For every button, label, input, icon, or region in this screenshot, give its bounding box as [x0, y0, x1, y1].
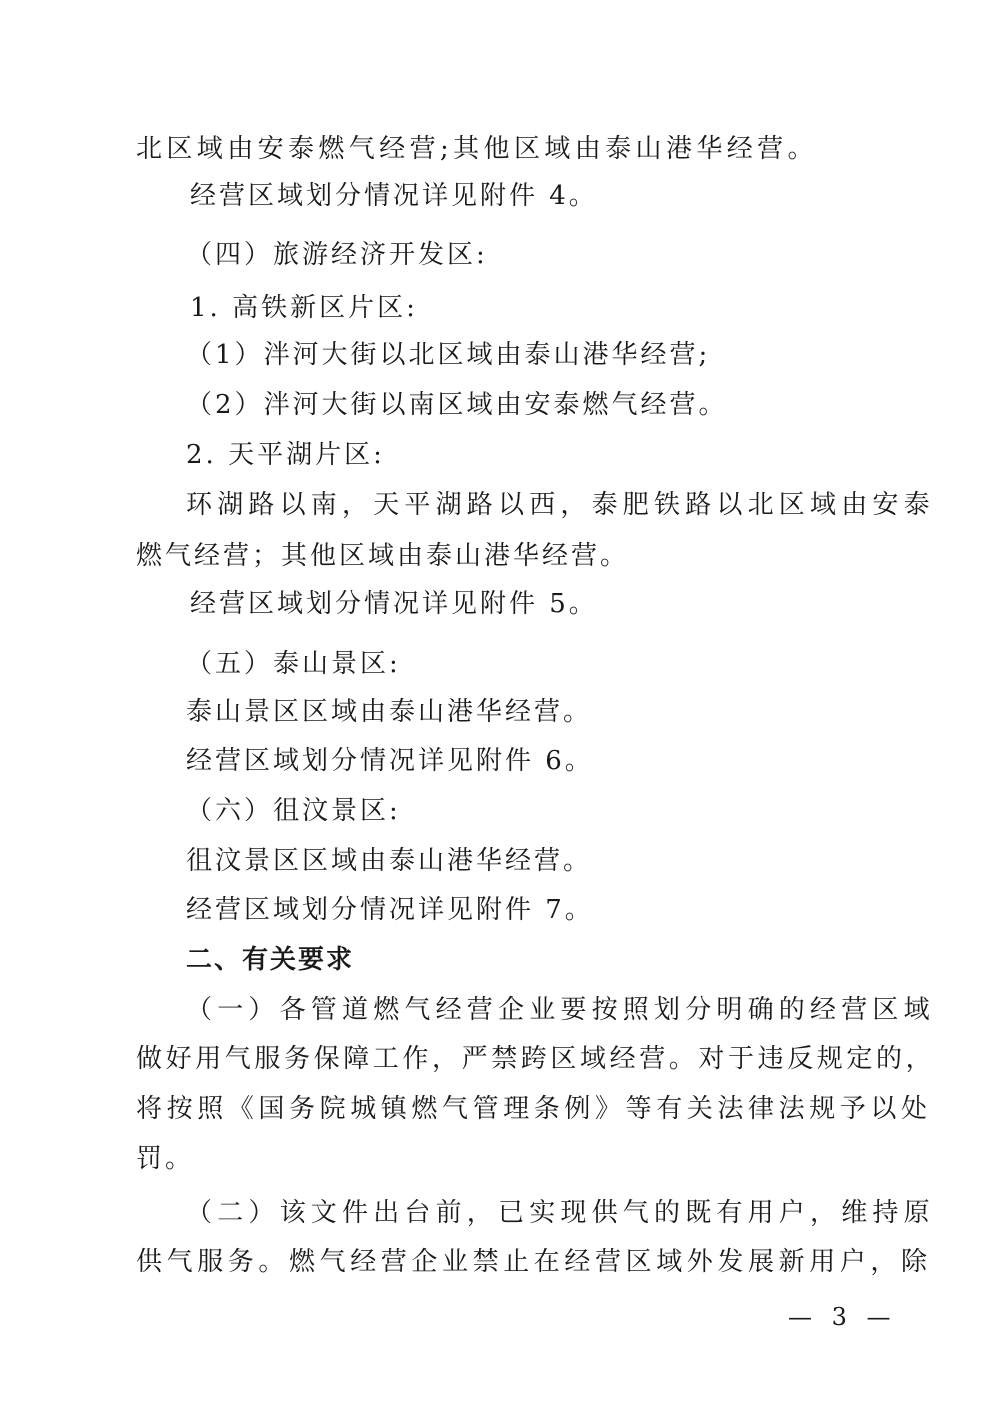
document-page: 北区域由安泰燃气经营;其他区域由泰山港华经营。 经营区域划分情况详见附件 4。 …: [0, 0, 1000, 1414]
paragraph-line: 经营区域划分情况详见附件 7。: [186, 895, 594, 925]
list-item: （1）泮河大街以北区域由泰山港华经营;: [186, 340, 710, 370]
paragraph-line: 做好用气服务保障工作，严禁跨区域经营。对于违反规定的，: [136, 1044, 935, 1074]
paragraph-line: 将按照《国务院城镇燃气管理条例》等有关法律法规予以处: [136, 1094, 932, 1124]
list-item: （2）泮河大街以南区域由安泰燃气经营。: [186, 390, 728, 420]
paragraph-line: 泰山景区区域由泰山港华经营。: [186, 697, 592, 727]
paragraph-line: 罚。: [136, 1144, 194, 1174]
paragraph-line: 经营区域划分情况详见附件 4。: [190, 181, 598, 211]
paragraph-line: 供气服务。燃气经营企业禁止在经营区域外发展新用户，除: [136, 1247, 932, 1277]
paragraph-line: （一）各管道燃气经营企业要按照划分明确的经营区域: [186, 995, 935, 1025]
subsection-heading-cuwen-scenic: （六）徂汶景区:: [186, 796, 401, 826]
item-heading-highspeed-rail: 1. 高铁新区片区:: [190, 293, 418, 323]
subsection-heading-tourism-zone: （四）旅游经济开发区:: [186, 240, 488, 270]
item-heading-tianping-lake: 2. 天平湖片区:: [186, 440, 385, 470]
paragraph-line: 环湖路以南，天平湖路以西，泰肥铁路以北区域由安泰: [186, 490, 935, 520]
paragraph-line: 徂汶景区区域由泰山港华经营。: [186, 846, 592, 876]
paragraph-line: 经营区域划分情况详见附件 6。: [186, 746, 594, 776]
paragraph-line: 北区域由安泰燃气经营;其他区域由泰山港华经营。: [136, 134, 818, 164]
section-heading-requirements: 二、有关要求: [186, 945, 354, 975]
paragraph-line: 经营区域划分情况详见附件 5。: [190, 589, 598, 619]
paragraph-line: 燃气经营；其他区域由泰山港华经营。: [136, 541, 629, 571]
paragraph-line: （二）该文件出台前，已实现供气的既有用户，维持原: [186, 1198, 935, 1228]
page-number: — 3 —: [788, 1303, 897, 1331]
subsection-heading-taishan-scenic: （五）泰山景区:: [186, 649, 401, 679]
